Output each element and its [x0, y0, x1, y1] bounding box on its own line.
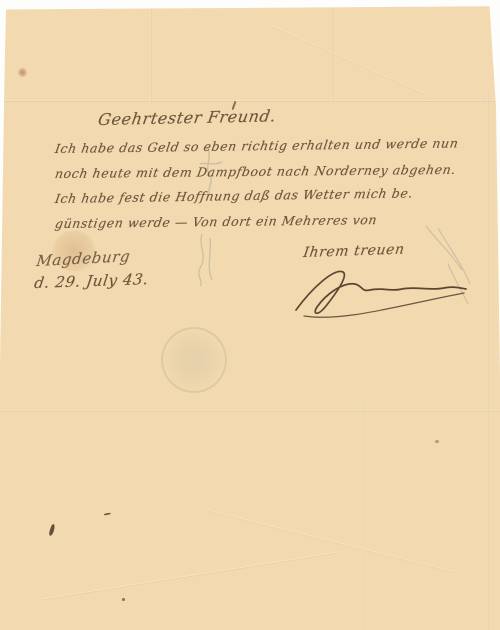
red-speck [435, 440, 439, 443]
pencil-trace-center-bottom [188, 232, 222, 288]
place-line: Magdeburg [36, 247, 131, 270]
embossed-seal [161, 327, 227, 393]
ink-speck-3 [122, 598, 125, 601]
body-line-4: günstigen werde — Von dort ein Mehreres … [55, 212, 377, 231]
fold-line-vertical-right [331, 8, 333, 102]
body-line-1-text: Ich habe das Geld so eben richtig erhalt… [54, 135, 460, 156]
salutation-line: Geehrtester Freund. [98, 106, 276, 129]
ink-speck-2 [104, 512, 111, 515]
fold-line-vertical-lower [361, 400, 363, 630]
body-line-3-text: Ich habe fest die Hoffnung daß das Wette… [54, 185, 414, 206]
signature-scribble [286, 258, 476, 320]
body-line-2-text: noch heute mit dem Dampfboot nach Norder… [54, 162, 457, 181]
body-line-4-text: günstigen werde — Von dort ein Mehreres … [54, 212, 378, 231]
wrinkle-diagonal-3 [268, 23, 433, 97]
body-line-3: Ich habe fest die Hoffnung daß das Wette… [55, 185, 413, 206]
ink-speck-1 [48, 524, 56, 537]
fox-spot [18, 68, 27, 77]
date-text: d. 29. July 43. [33, 270, 150, 292]
paper-sheet: Geehrtester Freund. Ich habe das Geld so… [0, 0, 500, 630]
letter-scan: Geehrtester Freund. Ich habe das Geld so… [0, 0, 500, 630]
fold-line-vertical-far-right [487, 90, 489, 630]
fold-line-vertical-left [150, 9, 152, 102]
date-line: d. 29. July 43. [34, 270, 149, 292]
wrinkle-diagonal-1 [42, 552, 338, 600]
wrinkle-diagonal-2 [204, 509, 457, 573]
body-line-1: Ich habe das Geld so eben richtig erhalt… [55, 135, 459, 156]
salutation-text: Geehrtester Freund. [97, 106, 278, 129]
body-line-2: noch heute mit dem Dampfboot nach Norder… [55, 162, 456, 181]
fold-line-horizontal-top [0, 100, 500, 102]
fold-line-horizontal-middle [0, 410, 500, 412]
place-text: Magdeburg [35, 247, 131, 270]
